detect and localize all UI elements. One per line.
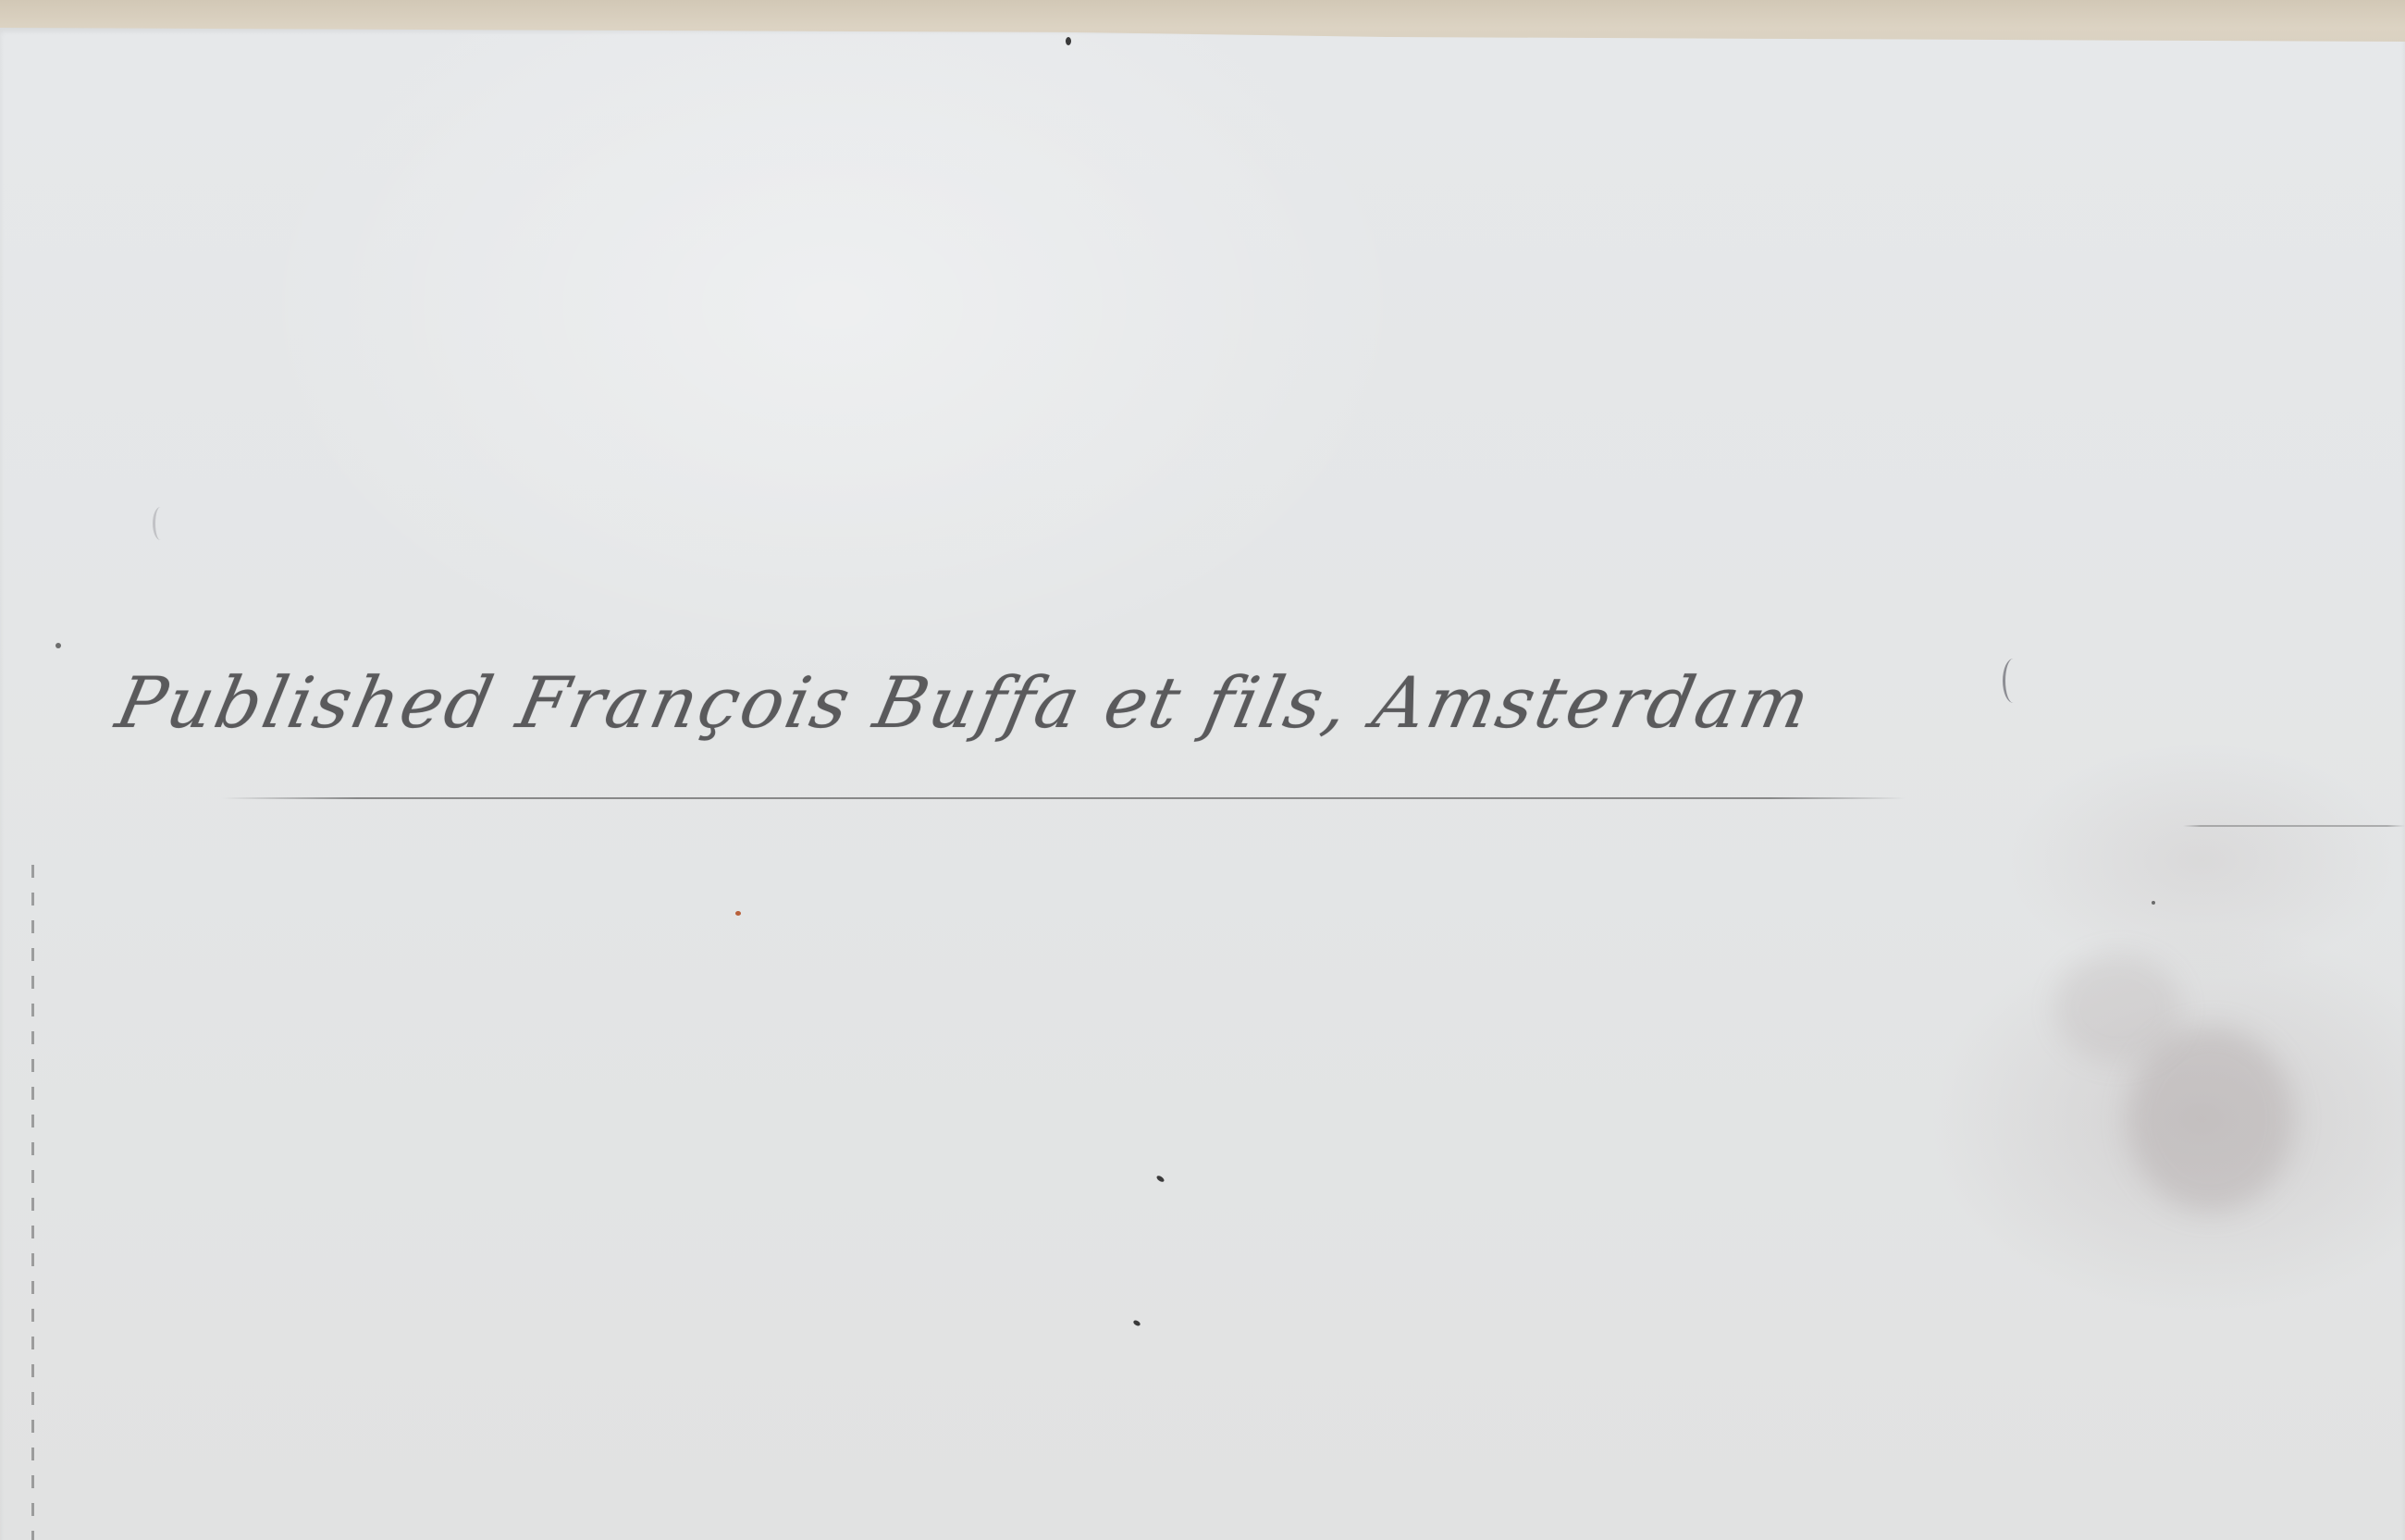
ink-speck (1066, 37, 1071, 45)
publisher-inscription: Published François Buffa et fils, Amster… (110, 661, 1819, 744)
plate-rule-line (222, 797, 1905, 799)
plate-mark-edge (31, 865, 34, 1540)
rust-speck (735, 911, 741, 916)
pencil-mark (153, 507, 168, 540)
photo-scene: Published François Buffa et fils, Amster… (0, 0, 2405, 1540)
ink-speck (55, 643, 61, 648)
pencil-mark (2003, 659, 2024, 703)
print-paper-sheet (0, 28, 2405, 1540)
plate-rule-line-right (2183, 825, 2405, 827)
ink-speck (2152, 901, 2155, 905)
foxing-stain (2053, 953, 2183, 1064)
